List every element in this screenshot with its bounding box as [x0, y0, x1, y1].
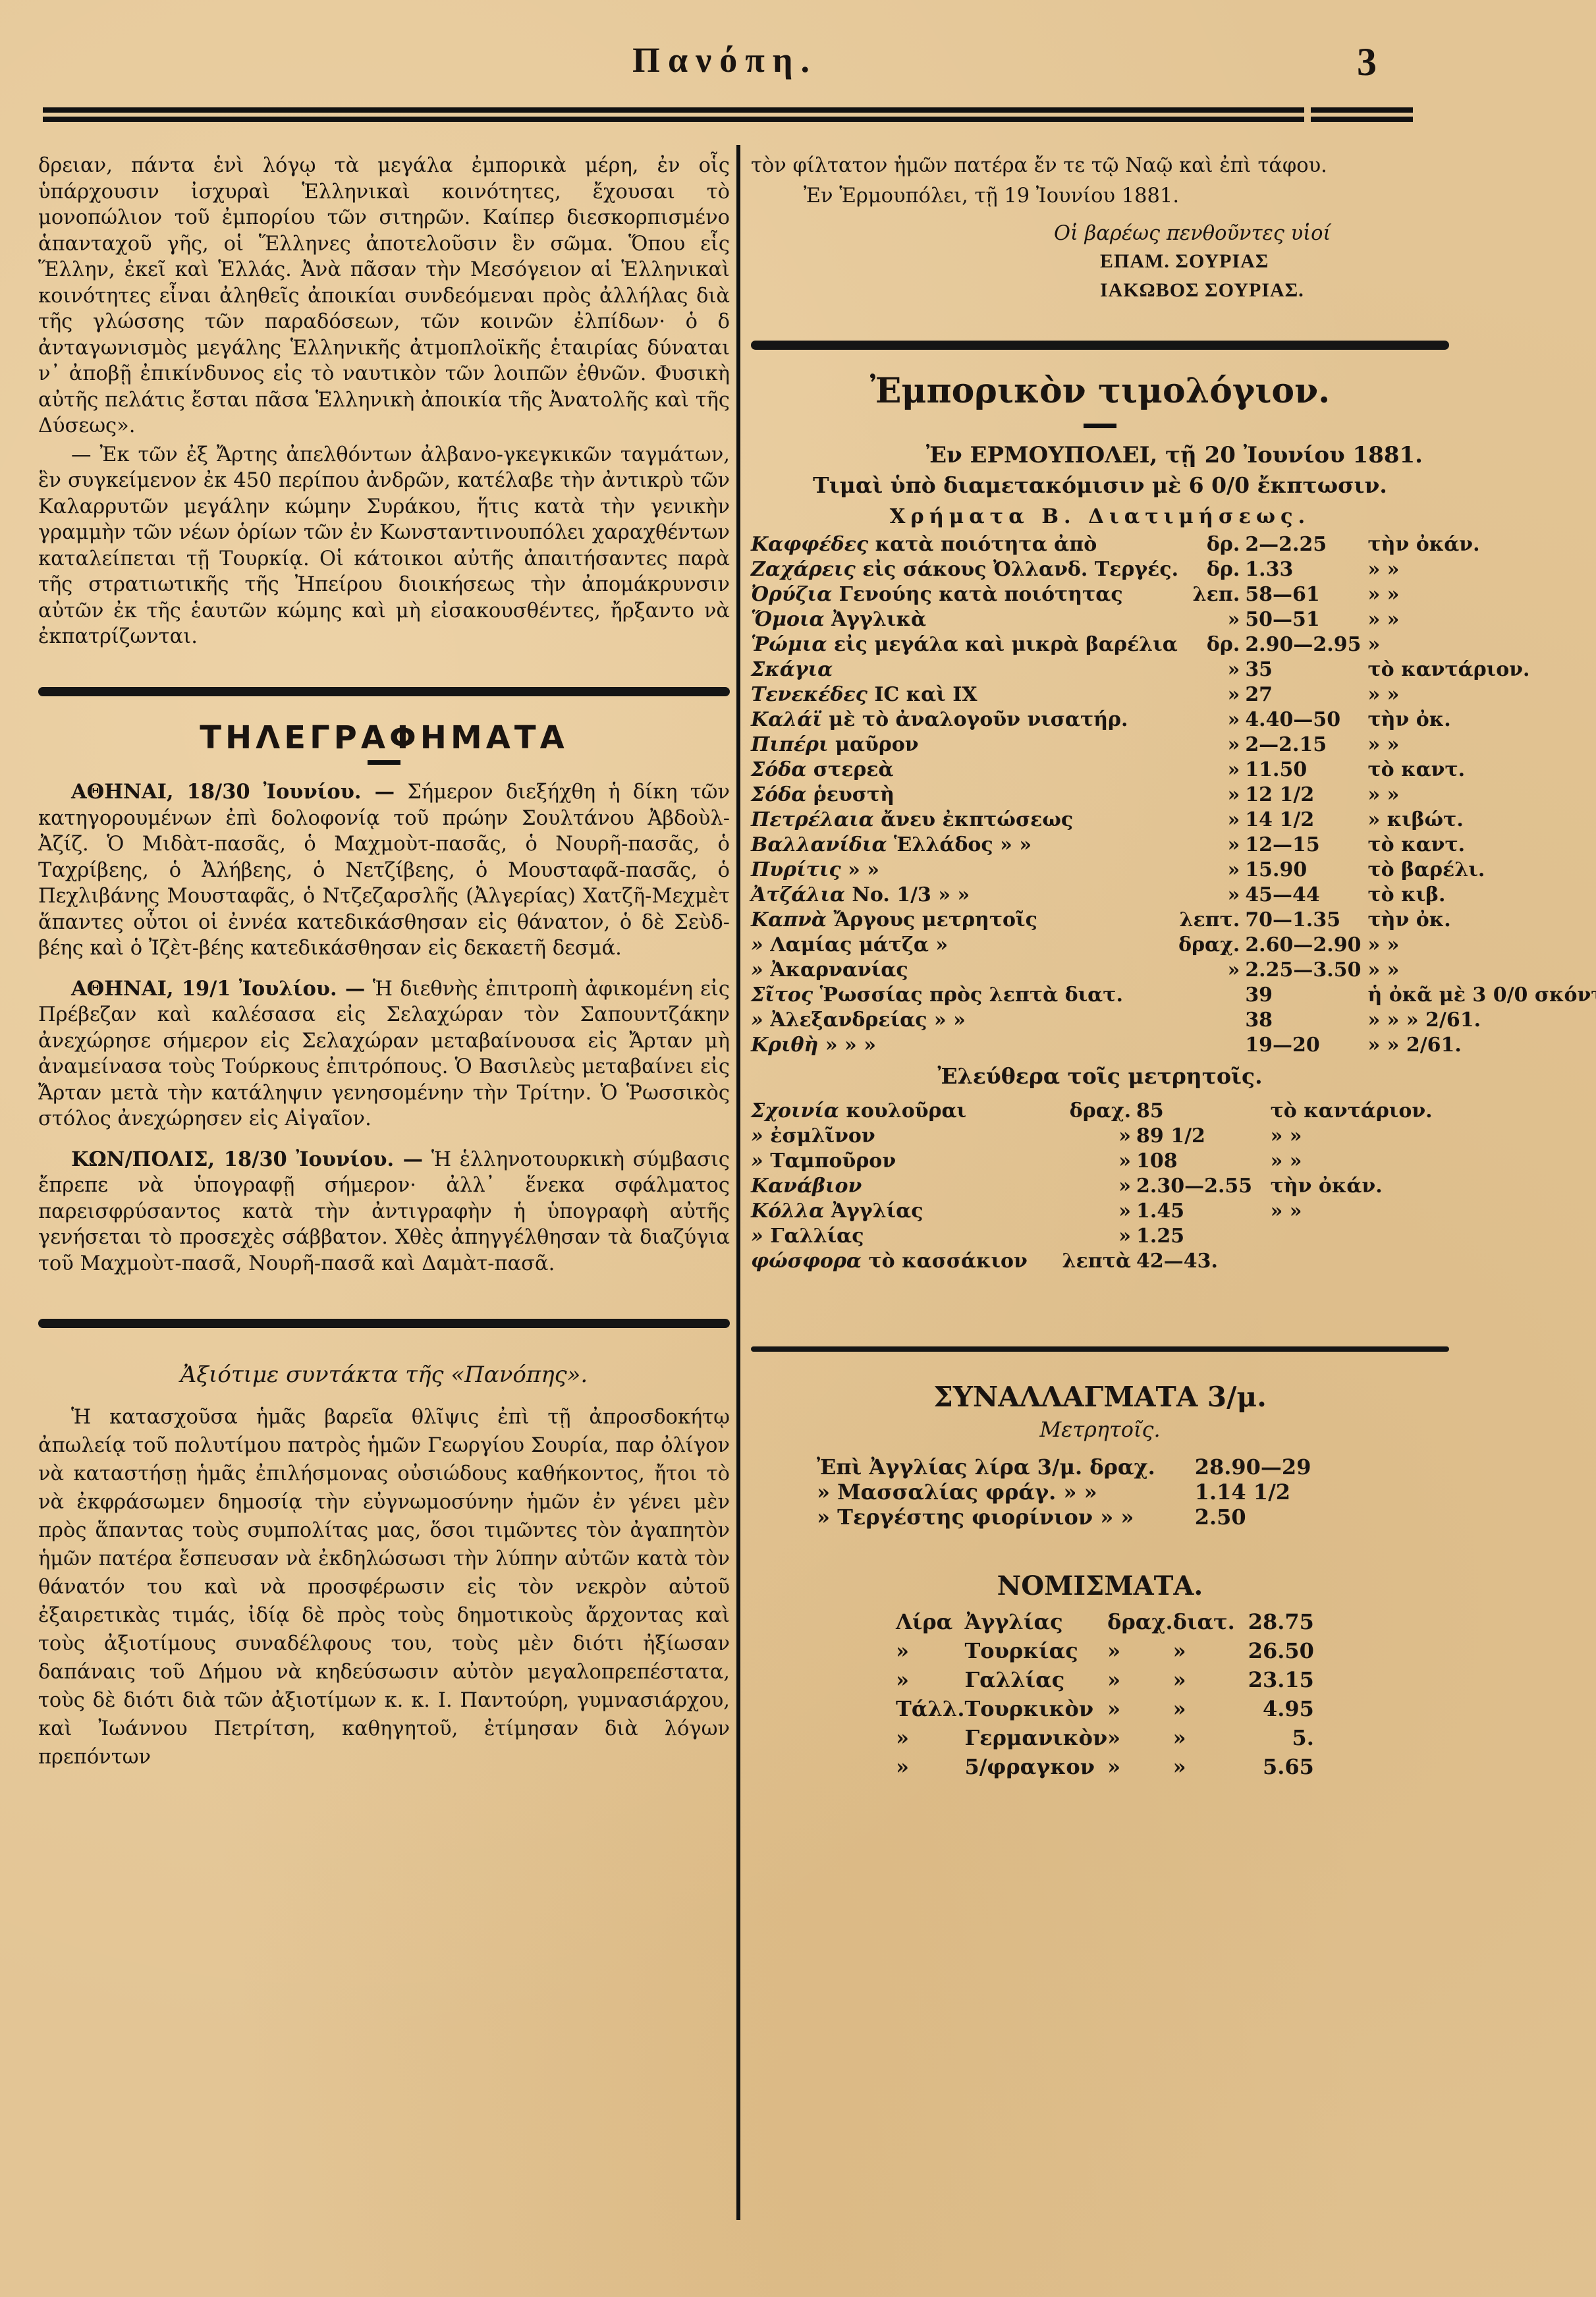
unit-cell: λεπτὰ: [1055, 1249, 1136, 1274]
price-row: » ἐσμλῖνον»89 1/2» »: [751, 1124, 1449, 1149]
unit-cell: »: [1178, 657, 1245, 682]
price-cell: 2.90—2.95: [1245, 632, 1361, 657]
item-cell: Καφφέδες κατὰ ποιότητα ἀπὸ: [751, 532, 1178, 557]
coin-cell-d: »: [1173, 1665, 1235, 1694]
coin-cell-b: Γερμανικὸν: [964, 1723, 1107, 1752]
article-paragraph: δρειαν, πάντα ἑνὶ λόγῳ τὰ μεγάλα ἐμπορικ…: [38, 153, 730, 439]
unit-cell: »: [1055, 1174, 1136, 1199]
per-cell: » »: [1361, 733, 1596, 758]
price-cell: 70—1.35: [1245, 908, 1361, 933]
per-cell: » κιβώτ.: [1361, 808, 1596, 833]
unit-cell: »: [1178, 808, 1245, 833]
unit-cell: »: [1178, 707, 1245, 733]
item-cell: Πετρέλαια ἄνευ ἐκπτώσεως: [751, 808, 1178, 833]
letter-text: Ἡ κατασχοῦσα ἡμᾶς βαρεῖα θλῖψις ἐπὶ τῇ ἀ…: [38, 1403, 730, 1771]
item-cell: Ῥώμια εἰς μεγάλα καὶ μικρὰ βαρέλια: [751, 632, 1178, 657]
item-desc: στερεὰ: [813, 758, 894, 781]
coin-cell-b: Ἀγγλίας: [964, 1607, 1107, 1636]
item-name: Τενεκέδες: [751, 683, 867, 706]
item-desc: μὲ τὸ ἀναλογοῦν νισατήρ.: [829, 708, 1128, 731]
item-cell: » Γαλλίας: [751, 1224, 1055, 1249]
item-name: »: [751, 958, 763, 982]
price-row: Ἀτζάλια No. 1/3 » »»45—44τὸ κιβ.: [751, 883, 1596, 908]
price-cell: 50—51: [1245, 607, 1361, 632]
section-rule: [751, 341, 1449, 350]
item-desc: κουλοῦραι: [846, 1099, 966, 1122]
item-desc: Ῥωσσίας πρὸς λεπτὰ διατ.: [820, 983, 1123, 1007]
item-cell: » Λαμίας μάτζα »: [751, 933, 1178, 958]
letter-title: Ἀξιότιμε συντάκτα τῆς «Πανόπης».: [38, 1362, 730, 1389]
masthead: Πανόπη. 3: [0, 40, 1596, 86]
telegram-item: ΑΘΗΝΑΙ, 19/1 Ἰουλίου. — Ἡ διεθνὴς ἐπιτρο…: [38, 976, 730, 1132]
per-cell: » » 2/61.: [1361, 1033, 1596, 1058]
price-row: Κριθὴ » » »19—20» » 2/61.: [751, 1033, 1596, 1058]
item-desc: μαῦρον: [835, 733, 919, 756]
price-list-title: Ἐμπορικὸν τιμολόγιον.: [751, 368, 1449, 414]
item-name: Σχοινία: [751, 1099, 839, 1122]
section-rule: [38, 1319, 730, 1328]
column-divider: [736, 145, 740, 2220]
item-name: Σῖτος: [751, 983, 813, 1007]
price-cell: 1.33: [1245, 557, 1361, 582]
item-cell: Τενεκέδες IC καὶ IX: [751, 682, 1178, 707]
letter-closing: Οἱ βαρέως πενθοῦντες υἱοί: [751, 221, 1449, 247]
coin-cell-a: »: [896, 1636, 964, 1665]
letter-end-text: τὸν φίλτατον ἡμῶν πατέρα ἔν τε τῷ Ναῷ κα…: [751, 153, 1449, 179]
exchange-row: » Μασσαλίας φράγ. » »1.14 1/2: [817, 1480, 1311, 1505]
newspaper-title: Πανόπη.: [632, 40, 817, 80]
telegram-item: ΑΘΗΝΑΙ, 18/30 Ἰουνίου. — Σήμερον διεξήχθ…: [38, 779, 730, 962]
per-cell: τὴν ὀκ.: [1361, 707, 1596, 733]
item-name: Πετρέλαια: [751, 808, 874, 831]
per-cell: τὸ καντ.: [1361, 758, 1596, 783]
coin-cell-a: »: [896, 1752, 964, 1781]
price-row: Ὅμοια Ἀγγλικὰ»50—51» »: [751, 607, 1596, 632]
per-cell: » »: [1361, 933, 1596, 958]
item-cell: » Ἀκαρνανίας: [751, 958, 1178, 983]
coin-cell-a: Λίρα: [896, 1607, 964, 1636]
header-double-rule: [43, 107, 1304, 122]
coin-cell-value: 5.: [1235, 1723, 1314, 1752]
coin-cell-value: 26.50: [1235, 1636, 1314, 1665]
item-cell: Σόδα στερεὰ: [751, 758, 1178, 783]
telegram-item: ΚΩΝ/ΠΟΛΙΣ, 18/30 Ἰουνίου. — Ἡ ἑλληνοτουρ…: [38, 1147, 730, 1277]
item-name: Κόλλα: [751, 1200, 824, 1223]
unit-cell: »: [1055, 1149, 1136, 1174]
exchange-label: » Μασσαλίας φράγ. » »: [817, 1480, 1155, 1505]
item-name: Κριθὴ: [751, 1034, 818, 1057]
per-cell: » »: [1361, 557, 1596, 582]
coin-cell-a: »: [896, 1723, 964, 1752]
price-row: Κανάβιον »2.30—2.55τὴν ὀκάν.: [751, 1174, 1449, 1199]
telegram-dateline: ΑΘΗΝΑΙ, 19/1 Ἰουλίου. —: [71, 977, 365, 1001]
per-cell: » »: [1361, 607, 1596, 632]
per-cell: τὴν ὀκ.: [1361, 908, 1596, 933]
price-cell: 45—44: [1245, 883, 1361, 908]
price-row: » Ἀλεξανδρείας » »38» » » 2/61.: [751, 1008, 1596, 1033]
per-cell: [1264, 1224, 1449, 1249]
unit-cell: [1178, 1008, 1245, 1033]
price-cell: 15.90: [1245, 858, 1361, 883]
price-row: » Ἀκαρνανίας»2.25—3.50» »: [751, 958, 1596, 983]
item-cell: Σκάγια: [751, 657, 1178, 682]
unit-cell: δραχ.: [1055, 1099, 1136, 1124]
right-column: τὸν φίλτατον ἡμῶν πατέρα ἔν τε τῷ Ναῷ κα…: [751, 153, 1449, 1781]
item-cell: Ζαχάρεις εἰς σάκους Ὀλλανδ. Τεργές.: [751, 557, 1178, 582]
item-cell: Κριθὴ » » »: [751, 1033, 1178, 1058]
item-name: Βαλλανίδια: [751, 833, 887, 856]
telegram-dateline: ΚΩΝ/ΠΟΛΙΣ, 18/30 Ἰουνίου. —: [71, 1148, 423, 1171]
item-desc: Ταμποῦρον: [770, 1149, 896, 1173]
price-row: » Λαμίας μάτζα »δραχ.2.60—2.90» »: [751, 933, 1596, 958]
price-row: Σῖτος Ῥωσσίας πρὸς λεπτὰ διατ.39ἡ ὀκᾶ μὲ…: [751, 983, 1596, 1008]
price-row: Σχοινία κουλοῦραιδραχ.85τὸ καντάριον.: [751, 1099, 1449, 1124]
price-row: Πυρίτις » »»15.90τὸ βαρέλι.: [751, 858, 1596, 883]
item-desc: Ἀγγλικὰ: [831, 608, 926, 631]
item-cell: Ἀτζάλια No. 1/3 » »: [751, 883, 1178, 908]
item-cell: Καλάϊ μὲ τὸ ἀναλογοῦν νισατήρ.: [751, 707, 1178, 733]
exchange-value: 1.14 1/2: [1155, 1480, 1311, 1505]
per-cell: [1264, 1249, 1449, 1274]
price-row: Σόδα στερεὰ»11.50τὸ καντ.: [751, 758, 1596, 783]
unit-cell: »: [1178, 758, 1245, 783]
price-cell: 12—15: [1245, 833, 1361, 858]
exchange-value: 28.90—29: [1155, 1454, 1311, 1480]
per-cell: τὸ βαρέλι.: [1361, 858, 1596, 883]
coin-cell-value: 23.15: [1235, 1665, 1314, 1694]
signatory: ΕΠΑΜ. ΣΟΥΡΙΑΣ: [1100, 247, 1449, 276]
item-desc: Ἀγγλίας: [831, 1200, 923, 1223]
unit-cell: [1178, 983, 1245, 1008]
per-cell: » »: [1361, 783, 1596, 808]
per-cell: » »: [1264, 1124, 1449, 1149]
price-cell: 2—2.25: [1245, 532, 1361, 557]
price-cell: 58—61: [1245, 582, 1361, 607]
signatory: ΙΑΚΩΒΟΣ ΣΟΥΡΙΑΣ.: [1100, 276, 1449, 305]
per-cell: » » » 2/61.: [1361, 1008, 1596, 1033]
per-cell: » »: [1264, 1149, 1449, 1174]
item-desc: εἰς μεγάλα καὶ μικρὰ βαρέλια: [834, 633, 1178, 656]
price-cell: 2.30—2.55: [1136, 1174, 1264, 1199]
price-table-free: Σχοινία κουλοῦραιδραχ.85τὸ καντάριον.» ἐ…: [751, 1099, 1449, 1274]
price-row: Ῥώμια εἰς μεγάλα καὶ μικρὰ βαρέλιαδρ.2.9…: [751, 632, 1596, 657]
coin-cell-a: Τάλλ.: [896, 1694, 964, 1723]
unit-cell: »: [1178, 682, 1245, 707]
item-name: Ὀρύζια: [751, 583, 832, 606]
letter-dateline: Ἐν Ἑρμουπόλει, τῇ 19 Ἰουνίου 1881.: [751, 183, 1449, 209]
coin-cell-c: »: [1107, 1723, 1172, 1752]
coin-cell-b: 5/φραγκον: [964, 1752, 1107, 1781]
unit-cell: »: [1178, 833, 1245, 858]
item-name: Ἀτζάλια: [751, 883, 845, 906]
article-paragraph: — Ἐκ τῶν ἐξ Ἄρτης ἀπελθόντων ἀλβανο-γκεγ…: [38, 442, 730, 650]
per-cell: τὴν ὀκάν.: [1264, 1174, 1449, 1199]
unit-cell: »: [1178, 958, 1245, 983]
unit-cell: λεπ.: [1178, 582, 1245, 607]
per-cell: τὴν ὀκάν.: [1361, 532, 1596, 557]
coin-cell-d: »: [1173, 1636, 1235, 1665]
item-cell: Ὀρύζια Γενούης κατὰ ποιότητας: [751, 582, 1178, 607]
price-row: Πιπέρι μαῦρον»2—2.15» »: [751, 733, 1596, 758]
coin-cell-b: Τουρκίας: [964, 1636, 1107, 1665]
exchange-label: » Τεργέστης φιορίνιον » »: [817, 1505, 1155, 1530]
price-cell: 39: [1245, 983, 1361, 1008]
per-cell: ἡ ὀκᾶ μὲ 3 0/0 σκόντ.: [1361, 983, 1596, 1008]
item-cell: » ἐσμλῖνον: [751, 1124, 1055, 1149]
section-rule: [38, 687, 730, 696]
per-cell: » »: [1264, 1199, 1449, 1224]
coin-cell-c: δραχ.: [1107, 1607, 1172, 1636]
section-title: Χρήματα Β. Διατιμήσεως.: [751, 501, 1449, 532]
section-title: Ἐλεύθερα τοῖς μετρητοῖς.: [751, 1059, 1449, 1093]
coin-cell-value: 4.95: [1235, 1694, 1314, 1723]
section-rule: [751, 1346, 1449, 1352]
price-cell: 2.60—2.90: [1245, 933, 1361, 958]
item-desc: » » »: [825, 1034, 876, 1057]
coin-row: ΛίραἈγγλίαςδραχ.διατ.28.75: [896, 1607, 1314, 1636]
coin-cell-c: »: [1107, 1752, 1172, 1781]
item-name: Σκάγια: [751, 658, 833, 681]
price-cell: 11.50: [1245, 758, 1361, 783]
item-desc: ῥευστὴ: [813, 783, 894, 806]
item-cell: » Ταμποῦρον: [751, 1149, 1055, 1174]
per-cell: τὸ κιβ.: [1361, 883, 1596, 908]
price-row: » Ταμποῦρον»108» »: [751, 1149, 1449, 1174]
item-name: »: [751, 1225, 763, 1248]
coin-row: »5/φραγκον»»5.65: [896, 1752, 1314, 1781]
unit-cell: λεπτ.: [1178, 908, 1245, 933]
telegram-dateline: ΑΘΗΝΑΙ, 18/30 Ἰουνίου. —: [71, 780, 395, 804]
coin-cell-c: »: [1107, 1665, 1172, 1694]
item-name: φώσφορα: [751, 1250, 862, 1273]
price-row: Καλάϊ μὲ τὸ ἀναλογοῦν νισατήρ.»4.40—50τὴ…: [751, 707, 1596, 733]
coins-table: ΛίραἈγγλίαςδραχ.διατ.28.75»Τουρκίας»»26.…: [896, 1607, 1314, 1781]
item-name: Καπνὰ: [751, 908, 827, 931]
item-name: »: [751, 1124, 763, 1148]
coin-row: Τάλλ.Τουρκικὸν»»4.95: [896, 1694, 1314, 1723]
coin-cell-value: 28.75: [1235, 1607, 1314, 1636]
item-desc: ἄνευ ἐκπτώσεως: [881, 808, 1073, 831]
price-cell: 42—43.: [1136, 1249, 1264, 1274]
item-name: Ὅμοια: [751, 608, 825, 631]
item-desc: Ἑλλάδος » »: [894, 833, 1032, 856]
item-name: Σόδα: [751, 758, 806, 781]
exchange-label: Ἐπὶ Ἀγγλίας λίρα 3/μ. δραχ.: [817, 1454, 1155, 1480]
exchange-table: Ἐπὶ Ἀγγλίας λίρα 3/μ. δραχ.28.90—29» Μασ…: [817, 1454, 1311, 1530]
item-name: Καφφέδες: [751, 533, 868, 556]
item-name: Καλάϊ: [751, 708, 822, 731]
item-cell: φώσφορα τὸ κασσάκιον: [751, 1249, 1055, 1274]
coin-cell-d: »: [1173, 1694, 1235, 1723]
exchange-row: » Τεργέστης φιορίνιον » »2.50: [817, 1505, 1311, 1530]
coin-row: »Τουρκίας»»26.50: [896, 1636, 1314, 1665]
item-name: Σόδα: [751, 783, 806, 806]
header-double-rule-short: [1311, 107, 1413, 122]
item-desc: τὸ κασσάκιον: [868, 1250, 1027, 1273]
price-row: Καπνὰ Ἄργους μετρητοῖςλεπτ.70—1.35τὴν ὀκ…: [751, 908, 1596, 933]
coin-row: »Γαλλίας»»23.15: [896, 1665, 1314, 1694]
item-name: »: [751, 933, 763, 956]
unit-cell: »: [1055, 1124, 1136, 1149]
item-desc: Ἀλεξανδρείας » »: [770, 1009, 966, 1032]
coin-cell-value: 5.65: [1235, 1752, 1314, 1781]
unit-cell: »: [1178, 858, 1245, 883]
item-desc: Γαλλίας: [770, 1225, 864, 1248]
price-cell: 35: [1245, 657, 1361, 682]
coin-cell-c: »: [1107, 1636, 1172, 1665]
item-cell: Σχοινία κουλοῦραι: [751, 1099, 1055, 1124]
unit-cell: »: [1055, 1224, 1136, 1249]
item-name: Κανάβιον: [751, 1175, 862, 1198]
item-desc: » »: [848, 858, 879, 881]
price-row: Καφφέδες κατὰ ποιότητα ἀπὸδρ.2—2.25τὴν ὀ…: [751, 532, 1596, 557]
price-cell: 108: [1136, 1149, 1264, 1174]
item-cell: Πυρίτις » »: [751, 858, 1178, 883]
title-dash: [368, 760, 400, 765]
price-row: » Γαλλίας»1.25: [751, 1224, 1449, 1249]
item-desc: Ἀκαρνανίας: [770, 958, 908, 982]
coin-cell-c: »: [1107, 1694, 1172, 1723]
exchange-title: ΣΥΝΑΛΛΑΓΜΑΤΑ 3/μ.: [751, 1378, 1449, 1416]
exchange-value: 2.50: [1155, 1505, 1311, 1530]
unit-cell: »: [1178, 733, 1245, 758]
item-desc: κατὰ ποιότητα ἀπὸ: [875, 533, 1097, 556]
unit-cell: δρ.: [1178, 632, 1245, 657]
price-cell: 27: [1245, 682, 1361, 707]
title-dash: [1084, 424, 1116, 428]
telegram-text: Σήμερον διεξήχθη ἡ δίκη τῶν κατηγορουμέν…: [38, 781, 730, 960]
item-name: Ῥώμια: [751, 633, 827, 656]
item-name: Ζαχάρεις: [751, 558, 856, 581]
per-cell: » »: [1361, 582, 1596, 607]
per-cell: τὸ καντ.: [1361, 833, 1596, 858]
item-cell: Βαλλανίδια Ἑλλάδος » »: [751, 833, 1178, 858]
item-cell: Ὅμοια Ἀγγλικὰ: [751, 607, 1178, 632]
coin-row: »Γερμανικὸν»»5.: [896, 1723, 1314, 1752]
price-list-subtitle: Τιμαὶ ὑπὸ διαμετακόμισιν μὲ 6 0/0 ἔκπτωσ…: [751, 470, 1449, 501]
per-cell: τὸ καντάριον.: [1264, 1099, 1449, 1124]
per-cell: » »: [1361, 682, 1596, 707]
item-name: Πυρίτις: [751, 858, 841, 881]
price-row: Βαλλανίδια Ἑλλάδος » »»12—15τὸ καντ.: [751, 833, 1596, 858]
item-cell: Καπνὰ Ἄργους μετρητοῖς: [751, 908, 1178, 933]
signatories: ΕΠΑΜ. ΣΟΥΡΙΑΣ ΙΑΚΩΒΟΣ ΣΟΥΡΙΑΣ.: [751, 247, 1449, 305]
item-cell: Σόδα ῥευστὴ: [751, 783, 1178, 808]
price-row: φώσφορα τὸ κασσάκιονλεπτὰ42—43.: [751, 1249, 1449, 1274]
price-row: Ζαχάρεις εἰς σάκους Ὀλλανδ. Τεργές.δρ.1.…: [751, 557, 1596, 582]
coins-title: ΝΟΜΙΣΜΑΤΑ.: [751, 1568, 1449, 1605]
unit-cell: [1178, 1033, 1245, 1058]
item-cell: Κανάβιον: [751, 1174, 1055, 1199]
per-cell: » »: [1361, 958, 1596, 983]
price-row: Σόδα ῥευστὴ»12 1/2» »: [751, 783, 1596, 808]
price-row: Τενεκέδες IC καὶ IX»27» »: [751, 682, 1596, 707]
unit-cell: »: [1055, 1199, 1136, 1224]
price-table: Καφφέδες κατὰ ποιότητα ἀπὸδρ.2—2.25τὴν ὀ…: [751, 532, 1596, 1058]
coin-cell-b: Γαλλίας: [964, 1665, 1107, 1694]
item-cell: Κόλλα Ἀγγλίας: [751, 1199, 1055, 1224]
left-column: δρειαν, πάντα ἑνὶ λόγῳ τὰ μεγάλα ἐμπορικ…: [38, 153, 730, 1771]
per-cell: »: [1361, 632, 1596, 657]
item-desc: IC καὶ IX: [874, 683, 977, 706]
item-desc: Γενούης κατὰ ποιότητας: [839, 583, 1123, 606]
item-desc: No. 1/3 » »: [852, 883, 970, 906]
price-list-dateline: Ἐν ΕΡΜΟΥΠΟΛΕΙ, τῇ 20 Ἰουνίου 1881.: [751, 440, 1449, 470]
unit-cell: δρ.: [1178, 557, 1245, 582]
exchange-subtitle: Μετρητοῖς.: [751, 1416, 1449, 1443]
coin-cell-b: Τουρκικὸν: [964, 1694, 1107, 1723]
item-desc: Λαμίας μάτζα »: [770, 933, 948, 956]
unit-cell: »: [1178, 607, 1245, 632]
item-desc: ἐσμλῖνον: [770, 1124, 875, 1148]
unit-cell: »: [1178, 783, 1245, 808]
coin-cell-d: »: [1173, 1752, 1235, 1781]
price-cell: 89 1/2: [1136, 1124, 1264, 1149]
item-cell: Πιπέρι μαῦρον: [751, 733, 1178, 758]
coin-cell-d: »: [1173, 1723, 1235, 1752]
price-cell: 1.45: [1136, 1199, 1264, 1224]
page-number: 3: [1357, 40, 1377, 85]
price-cell: 14 1/2: [1245, 808, 1361, 833]
price-cell: 85: [1136, 1099, 1264, 1124]
item-name: Πιπέρι: [751, 733, 829, 756]
price-cell: 4.40—50: [1245, 707, 1361, 733]
item-cell: Σῖτος Ῥωσσίας πρὸς λεπτὰ διατ.: [751, 983, 1178, 1008]
price-row: Κόλλα Ἀγγλίας»1.45» »: [751, 1199, 1449, 1224]
price-cell: 1.25: [1136, 1224, 1264, 1249]
item-name: »: [751, 1149, 763, 1173]
item-desc: Ἄργους μετρητοῖς: [833, 908, 1037, 931]
price-cell: 38: [1245, 1008, 1361, 1033]
price-row: Ὀρύζια Γενούης κατὰ ποιότηταςλεπ.58—61» …: [751, 582, 1596, 607]
unit-cell: δραχ.: [1178, 933, 1245, 958]
unit-cell: δρ.: [1178, 532, 1245, 557]
telegrams-title: ΤΗΛΕΓΡΑΦΗΜΑΤΑ: [38, 725, 730, 752]
per-cell: τὸ καντάριον.: [1361, 657, 1596, 682]
price-cell: 2.25—3.50: [1245, 958, 1361, 983]
item-cell: » Ἀλεξανδρείας » »: [751, 1008, 1178, 1033]
price-cell: 19—20: [1245, 1033, 1361, 1058]
unit-cell: »: [1178, 883, 1245, 908]
coin-cell-d: διατ.: [1173, 1607, 1235, 1636]
item-name: »: [751, 1009, 763, 1032]
item-desc: εἰς σάκους Ὀλλανδ. Τεργές.: [862, 558, 1178, 581]
price-row: Πετρέλαια ἄνευ ἐκπτώσεως»14 1/2» κιβώτ.: [751, 808, 1596, 833]
coin-cell-a: »: [896, 1665, 964, 1694]
exchange-row: Ἐπὶ Ἀγγλίας λίρα 3/μ. δραχ.28.90—29: [817, 1454, 1311, 1480]
price-row: Σκάγια »35τὸ καντάριον.: [751, 657, 1596, 682]
price-cell: 12 1/2: [1245, 783, 1361, 808]
price-cell: 2—2.15: [1245, 733, 1361, 758]
